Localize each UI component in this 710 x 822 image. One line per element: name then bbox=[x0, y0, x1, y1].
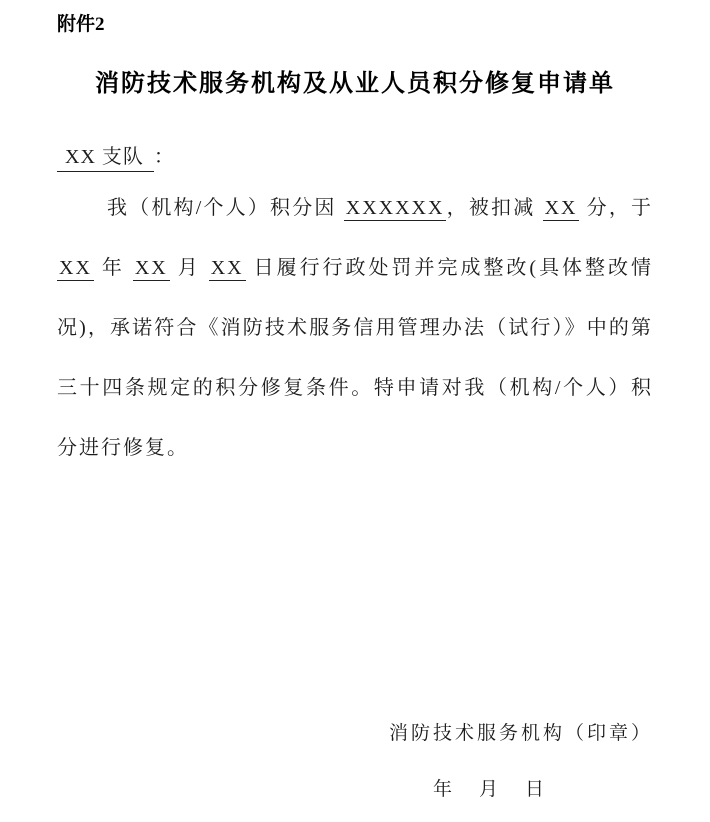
body-paragraph: 我（机构/个人）积分因 XXXXXX，被扣减 XX 分，于 XX 年 XX 月 … bbox=[57, 178, 653, 478]
body-text: 月 bbox=[170, 257, 209, 279]
body-text: ，被扣减 bbox=[446, 197, 542, 219]
signature-org-line: 消防技术服务机构（印章） bbox=[57, 720, 653, 748]
attachment-label: 附件2 bbox=[57, 12, 653, 38]
body-text: 我（机构/个人）积分因 bbox=[107, 197, 344, 219]
salutation-colon: ： bbox=[154, 146, 175, 168]
signature-date-line: 年 月 日 bbox=[57, 776, 653, 804]
salutation-line: XX 支队： bbox=[57, 144, 653, 170]
blank-field: XXXXXX bbox=[344, 197, 447, 221]
body-text: 年 bbox=[94, 257, 133, 279]
blank-field: XX bbox=[209, 257, 246, 281]
blank-field: XX bbox=[133, 257, 170, 281]
blank-field: XX bbox=[57, 257, 94, 281]
document-page: 附件2 消防技术服务机构及从业人员积分修复申请单 XX 支队： 我（机构/个人）… bbox=[0, 0, 710, 822]
body-text: 分，于 bbox=[579, 197, 653, 219]
page-title: 消防技术服务机构及从业人员积分修复申请单 bbox=[57, 68, 653, 100]
blank-field: XX bbox=[543, 197, 580, 221]
addressee-blank-field: XX 支队 bbox=[57, 146, 154, 172]
body-text: 日履行行政处罚并完成整改(具体整改情况)，承诺符合《消防技术服务信用管理办法（试… bbox=[57, 257, 653, 459]
